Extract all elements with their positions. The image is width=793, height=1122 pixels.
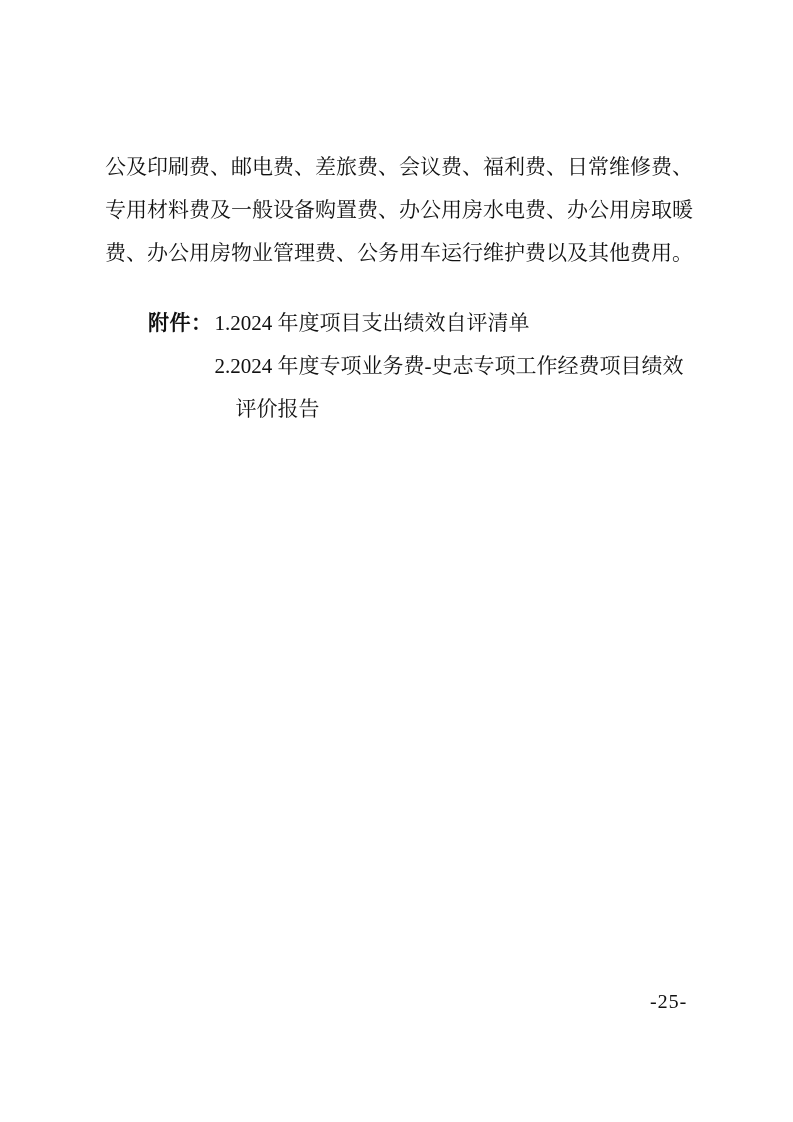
attachment-items: 1.2024 年度项目支出绩效自评清单 2.2024 年度专项业务费-史志专项工… xyxy=(215,302,684,431)
paragraph-line-3: 费、办公用房物业管理费、公务用车运行维护费以及其他费用。 xyxy=(105,232,695,275)
attachment-item-2-continuation: 评价报告 xyxy=(215,388,684,431)
paragraph-line-1: 公及印刷费、邮电费、差旅费、会议费、福利费、日常维修费、 xyxy=(105,146,695,189)
document-page: 公及印刷费、邮电费、差旅费、会议费、福利费、日常维修费、 专用材料费及一般设备购… xyxy=(0,0,793,1122)
page-number: -25- xyxy=(650,991,687,1013)
attachment-label: 附件： xyxy=(148,302,213,345)
paragraph-line-2: 专用材料费及一般设备购置费、办公用房水电费、办公用房取暖 xyxy=(105,189,695,232)
attachment-item-1: 1.2024 年度项目支出绩效自评清单 xyxy=(215,302,684,345)
body-paragraph: 公及印刷费、邮电费、差旅费、会议费、福利费、日常维修费、 专用材料费及一般设备购… xyxy=(105,146,695,275)
attachment-item-2: 2.2024 年度专项业务费-史志专项工作经费项目绩效 xyxy=(215,345,684,388)
attachment-block: 附件： 1.2024 年度项目支出绩效自评清单 2.2024 年度专项业务费-史… xyxy=(148,302,684,431)
